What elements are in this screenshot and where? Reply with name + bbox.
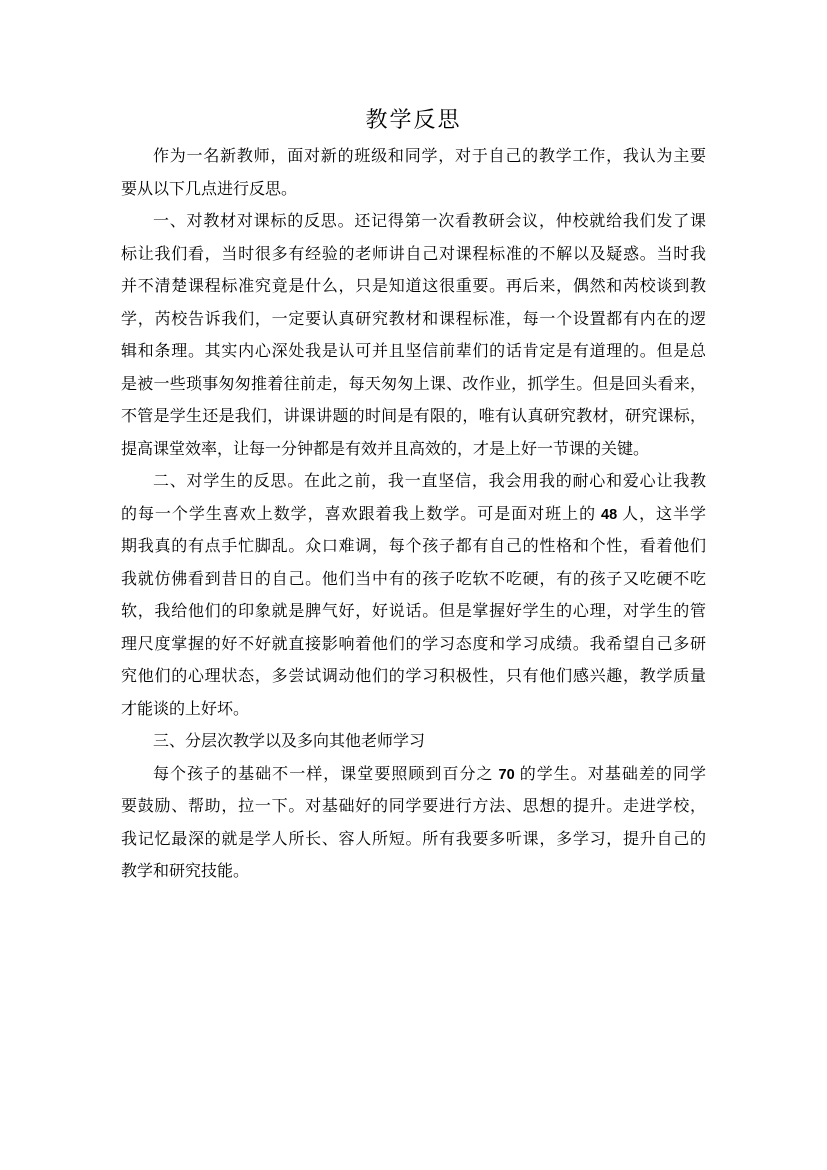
number-text: 70 [499, 767, 515, 783]
number-text: 48 [601, 507, 617, 523]
text-line: 标让我们看，当时很多有经验的老师讲自己对课程标准的不解以及疑惑。当时我 [121, 239, 706, 272]
text-line: 是被一些琐事匆匆推着往前走，每天匆匆上课、改作业，抓学生。但是回头看来， [121, 369, 706, 402]
text-line: 软，我给他们的印象就是脾气好，好说话。但是掌握好学生的心理，对学生的管 [121, 596, 706, 629]
text-line: 每个孩子的基础不一样，课堂要照顾到百分之 70 的学生。对基础差的同学 [121, 759, 706, 792]
document-page: 教学反思 作为一名新教师，面对新的班级和同学，对于自己的教学工作，我认为主要要从… [0, 0, 827, 1170]
text-line: 并不清楚课程标准究竟是什么，只是知道这很重要。再后来，偶然和芮校谈到教 [121, 271, 706, 304]
text-line: 辑和条理。其实内心深处我是认可并且坚信前辈们的话肯定是有道理的。但是总 [121, 336, 706, 369]
text-line: 才能谈的上好坏。 [121, 694, 706, 727]
text-line: 二、对学生的反思。在此之前，我一直坚信，我会用我的耐心和爱心让我教 [121, 466, 706, 499]
paragraph: 每个孩子的基础不一样，课堂要照顾到百分之 70 的学生。对基础差的同学要鼓励、帮… [121, 759, 706, 889]
text-line: 理尺度掌握的好不好就直接影响着他们的学习态度和学习成绩。我希望自己多研 [121, 629, 706, 662]
paragraph: 三、分层次教学以及多向其他老师学习 [121, 726, 706, 759]
text-line: 教学和研究技能。 [121, 856, 706, 889]
text-line: 要从以下几点进行反思。 [121, 174, 706, 207]
text-line: 要鼓励、帮助，拉一下。对基础好的同学要进行方法、思想的提升。走进学校， [121, 791, 706, 824]
text-line: 我记忆最深的就是学人所长、容人所短。所有我要多听课，多学习，提升自己的 [121, 824, 706, 857]
text-line: 三、分层次教学以及多向其他老师学习 [121, 726, 706, 759]
text-line: 提高课堂效率，让每一分钟都是有效并且高效的，才是上好一节课的关键。 [121, 434, 706, 467]
document-body: 作为一名新教师，面对新的班级和同学，对于自己的教学工作，我认为主要要从以下几点进… [121, 141, 706, 889]
text-line: 究他们的心理状态，多尝试调动他们的学习积极性，只有他们感兴趣，教学质量 [121, 661, 706, 694]
text-line: 我就仿佛看到昔日的自己。他们当中有的孩子吃软不吃硬，有的孩子又吃硬不吃 [121, 564, 706, 597]
text-line: 作为一名新教师，面对新的班级和同学，对于自己的教学工作，我认为主要 [121, 141, 706, 174]
text-line: 学，芮校告诉我们，一定要认真研究教材和课程标准，每一个设置都有内在的逻 [121, 304, 706, 337]
text-line: 不管是学生还是我们，讲课讲题的时间是有限的，唯有认真研究教材，研究课标， [121, 401, 706, 434]
paragraph: 作为一名新教师，面对新的班级和同学，对于自己的教学工作，我认为主要要从以下几点进… [121, 141, 706, 206]
paragraph: 一、对教材对课标的反思。还记得第一次看教研会议，仲校就给我们发了课标让我们看，当… [121, 206, 706, 466]
text-line: 一、对教材对课标的反思。还记得第一次看教研会议，仲校就给我们发了课 [121, 206, 706, 239]
text-line: 的每一个学生喜欢上数学，喜欢跟着我上数学。可是面对班上的 48 人，这半学 [121, 499, 706, 532]
document-title: 教学反思 [121, 100, 706, 140]
text-line: 期我真的有点手忙脚乱。众口难调，每个孩子都有自己的性格和个性，看着他们 [121, 531, 706, 564]
paragraph: 二、对学生的反思。在此之前，我一直坚信，我会用我的耐心和爱心让我教的每一个学生喜… [121, 466, 706, 726]
